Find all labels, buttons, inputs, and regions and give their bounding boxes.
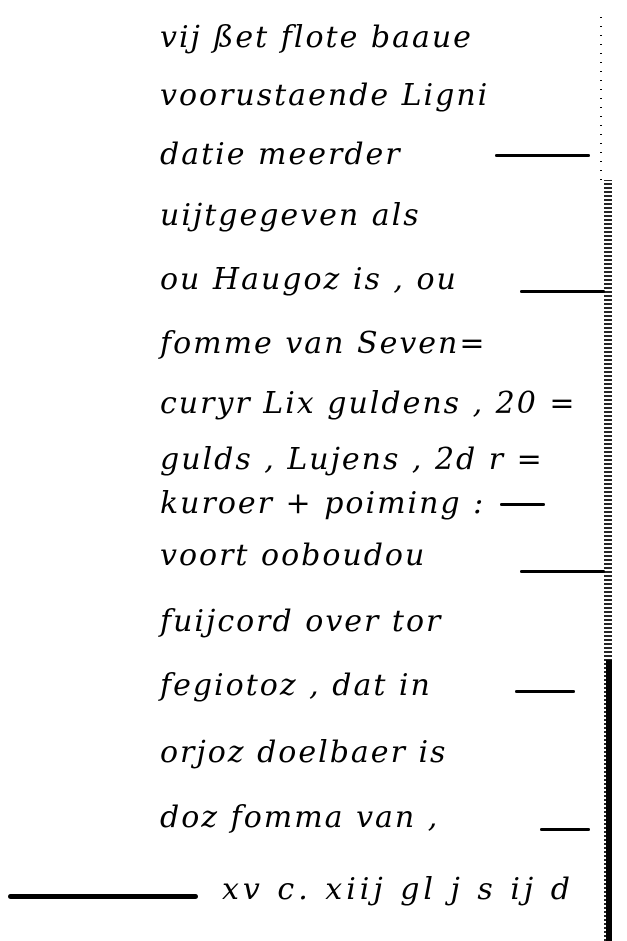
footer-rule [8, 894, 198, 899]
manuscript-line-3: datie meerder [160, 137, 402, 172]
manuscript-line-12: fegiotoz , dat in [160, 668, 432, 703]
line-filler-stroke [520, 290, 605, 293]
manuscript-page: vij ßet flote baaue voorustaende Ligni d… [0, 0, 627, 941]
manuscript-line-6: fomme van Seven= [160, 326, 487, 361]
line-filler-stroke [520, 570, 605, 573]
page-edge-speckle [600, 10, 602, 180]
manuscript-line-11: fuijcord over tor [160, 604, 442, 639]
line-filler-stroke [495, 154, 590, 157]
manuscript-line-7: curyr Lix guldens , 20 = [160, 386, 577, 421]
manuscript-line-5: ou Haugoz is , ou [160, 262, 458, 297]
line-filler-stroke [515, 690, 575, 693]
manuscript-line-2: voorustaende Ligni [160, 78, 489, 113]
manuscript-line-4: uijtgegeven als [160, 198, 421, 233]
manuscript-line-8: gulds , Lujens , 2d r = [160, 442, 544, 477]
manuscript-line-1: vij ßet flote baaue [160, 20, 473, 55]
page-binding-edge-dark [606, 660, 612, 941]
manuscript-line-13: orjoz doelbaer is [160, 735, 447, 770]
line-filler-stroke [540, 828, 590, 831]
line-filler-stroke [500, 503, 545, 506]
manuscript-line-9: kuroer + poiming : [160, 486, 485, 521]
manuscript-line-10: voort ooboudou [160, 538, 426, 573]
manuscript-line-14: doz fomma van , [160, 800, 439, 835]
footer-sum: xv c. xiij gl j s ij d [222, 872, 574, 907]
